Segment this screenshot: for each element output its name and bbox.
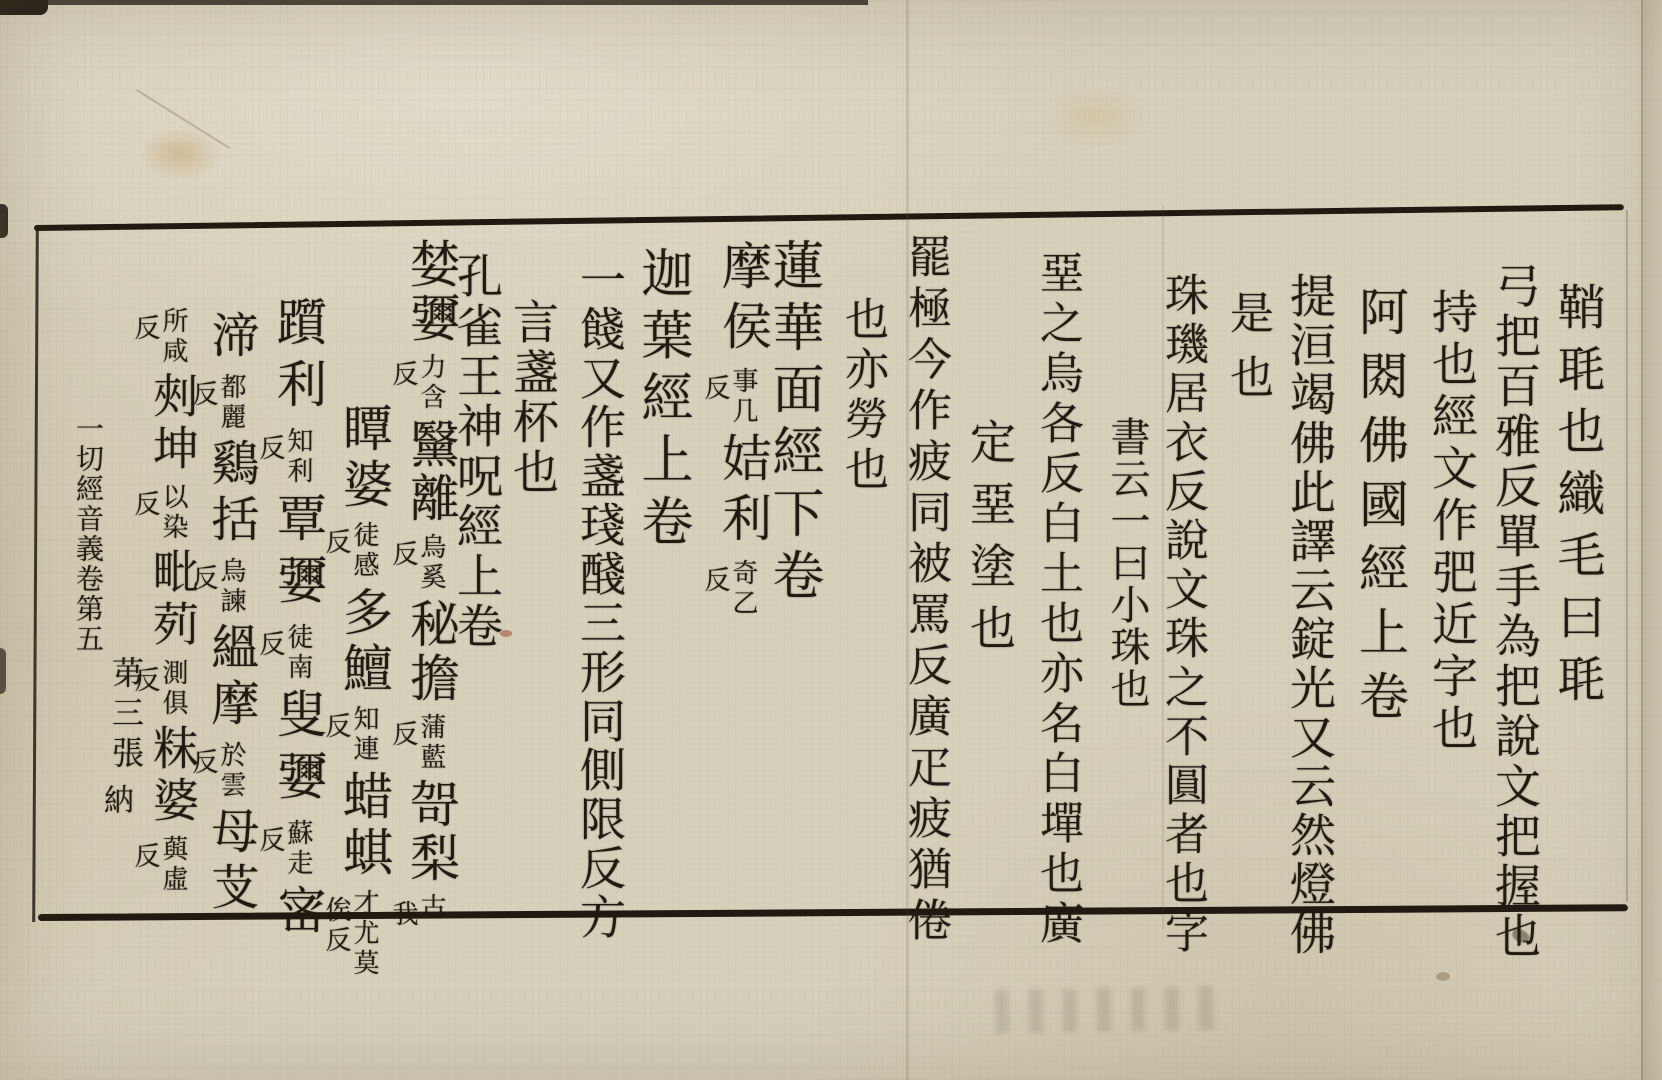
colophon-sheet-number: 苐三張: [110, 656, 142, 776]
fanqie-annotation: 才尤莫俟反: [323, 889, 377, 979]
colophon-title: 一切經音義卷第五: [74, 414, 102, 654]
header-kongque-jing: 孔雀王神呪經上卷: [454, 252, 500, 652]
fanqie-left-line: 反: [257, 434, 283, 487]
fanqie-annotation: 事几反: [702, 367, 756, 427]
fanqie-right-line: 所咸: [160, 307, 186, 367]
glyph-run: 苐三張: [107, 656, 145, 776]
glyph-run: 言盞杯也: [506, 298, 560, 498]
fanqie-annotation: 徒南反: [257, 623, 311, 683]
header-jiaye-jing: 迦葉經上卷: [636, 246, 688, 556]
fanqie-right-line: 知連: [351, 705, 377, 765]
entry-e-cont: 定堊塗也: [967, 418, 1013, 666]
fanqie-right-line: 藇虛: [160, 835, 186, 895]
entry-gong-ba-cont: 持也經文作弝近字也: [1429, 288, 1475, 756]
glyph-run: 毗茢: [146, 548, 200, 652]
glyph-run: 宻: [269, 884, 327, 946]
fanqie-annotation: 蘇走反: [257, 819, 311, 879]
fanqie-left-line: 我: [390, 900, 416, 930]
fanqie-left-line: 反: [132, 842, 158, 895]
fanqie-annotation: 徒感反: [323, 521, 377, 581]
glyph-run: 珠璣居衣反說文珠之不圓者也字: [1157, 272, 1208, 958]
entry-ci-kun: 所咸反㓨坤以染反毗茢測俱反粖婆藇虛反: [132, 300, 196, 900]
glyph-run: 迦葉經上卷: [632, 246, 692, 556]
fanqie-right-line: 烏諫: [218, 557, 244, 617]
glyph-run: 提洹竭佛此譯云錠光又云然燈佛: [1283, 272, 1337, 958]
glyph-run: 鷄括: [203, 438, 259, 550]
glyph-run: 蓮華面經下卷: [763, 238, 823, 610]
fanqie-left-line: 反: [132, 490, 158, 543]
glyph-run: 是也: [1222, 290, 1273, 418]
glyph-run: 持也經文作弝近字也: [1425, 288, 1479, 756]
fanqie-annotation: 奇乙反: [702, 559, 756, 619]
fanqie-right-line: 都麗: [218, 373, 244, 433]
fanqie-left-line: 反: [390, 540, 416, 593]
fanqie-annotation: 以染反: [132, 483, 186, 543]
entry-shen-po: 瞫婆徒感反多鱣知連反蜡蜞才尤莫俟反: [323, 402, 389, 984]
colophon-collation-mark: 納: [100, 784, 130, 816]
entry-zhuji: 珠璣居衣反說文珠之不圓者也字: [1160, 272, 1204, 958]
glyph-run: 堊之烏各反白土也亦名白墠也廣: [1032, 250, 1083, 950]
text-block: 鞘毦也織毛曰毦弓把百雅反單手為把說文把握也持也經文作弝近字也阿閦佛國經上卷提洹竭…: [0, 0, 1662, 1080]
fanqie-right-line: 於雲: [218, 741, 244, 801]
fanqie-left-line: 反: [257, 826, 283, 879]
fanqie-right-line: 測俱: [160, 659, 186, 719]
fanqie-annotation: 藇虛反: [132, 835, 186, 895]
fanqie-right-line: 事几: [730, 367, 756, 427]
entry-tihuanjie: 提洹竭佛此譯云錠光又云然燈佛: [1287, 272, 1333, 958]
entry-tihuanjie-cont: 是也: [1225, 290, 1269, 418]
entry-e: 堊之烏各反白土也亦名白墠也廣: [1035, 250, 1079, 950]
entry-zhuji-cont: 書云一曰小珠也: [1107, 416, 1147, 710]
fanqie-annotation: 知連反: [323, 705, 377, 765]
glyph-run: 婪㜷: [402, 238, 460, 346]
glyph-run: 粖婆: [146, 724, 200, 828]
glyph-run: 叟㜷: [269, 688, 327, 812]
fanqie-right-line: 烏奚: [418, 533, 444, 593]
glyph-run: 罷極今作疲同被罵反廣疋疲猶倦: [900, 234, 951, 948]
fanqie-left-line: 反: [390, 720, 416, 773]
fanqie-right-line: 古: [418, 893, 444, 930]
glyph-run: 母芆: [203, 806, 259, 918]
glyph-run: 鞘毦也織毛曰毦: [1549, 282, 1605, 716]
fanqie-left-line: 反: [702, 566, 728, 619]
glyph-run: 哿梨: [402, 778, 460, 886]
glyph-run: 瞫婆: [335, 402, 393, 514]
fanqie-left-line: 反: [257, 630, 283, 683]
manuscript-scan: 鞘毦也織毛曰毦弓把百雅反單手為把說文把握也持也經文作弝近字也阿閦佛國經上卷提洹竭…: [0, 0, 1662, 1080]
fanqie-right-line: 徒南: [285, 623, 311, 683]
fanqie-right-line: 奇乙: [730, 559, 756, 619]
fanqie-annotation: 知利反: [257, 427, 311, 487]
fanqie-annotation: 力含反: [390, 353, 444, 413]
fanqie-annotation: 烏奚反: [390, 533, 444, 593]
glyph-run: 一餞又作盞琖醆三形同側限反方: [573, 256, 627, 942]
glyph-run: 黳離: [402, 418, 460, 526]
fanqie-left-line: 反: [390, 360, 416, 413]
entry-piji: 罷極今作疲同被罵反廣疋疲猶倦: [903, 234, 947, 948]
glyph-run: 摩侯: [714, 240, 772, 360]
fanqie-annotation: 古我: [390, 893, 444, 930]
entry-gong-ba: 弓把百雅反單手為把說文把握也: [1492, 262, 1538, 962]
glyph-run: 覃㜷: [269, 492, 327, 616]
glyph-run: 阿閦佛國經上卷: [1351, 286, 1409, 734]
entry-yizhan-cont: 言盞杯也: [510, 298, 556, 498]
entry-lan-mi: 婪㜷力含反黳離烏奚反秘擔蒲藍反哿梨古我: [390, 238, 456, 935]
entry-piji-cont: 也亦勞也: [840, 296, 884, 496]
fanqie-annotation: 所咸反: [132, 307, 186, 367]
glyph-run: 也亦勞也: [837, 296, 888, 496]
glyph-run: 定堊塗也: [963, 418, 1017, 666]
fanqie-left-line: 反: [702, 374, 728, 427]
glyph-run: 蜡蜞: [335, 770, 393, 882]
glyph-run: 書云一曰小珠也: [1104, 416, 1150, 710]
glyph-run: 納: [98, 784, 133, 816]
header-achu-foguo-jing: 阿閦佛國經上卷: [1355, 286, 1405, 734]
fanqie-right-line: 以染: [160, 483, 186, 543]
fanqie-annotation: 蒲藍反: [390, 713, 444, 773]
entry-shao-er: 鞘毦也織毛曰毦: [1553, 282, 1601, 716]
entry-mohou-jili: 摩侯事几反姞利奇乙反: [702, 240, 768, 624]
entry-yizhan: 一餞又作盞琖醆三形同側限反方: [577, 256, 623, 942]
fanqie-right-line: 蒲藍: [418, 713, 444, 773]
glyph-run: 多鱣: [335, 586, 393, 698]
fanqie-right-line: 知利: [285, 427, 311, 487]
glyph-run: 姞利: [714, 432, 772, 552]
entry-zhi-li: 躓利知利反覃㜷徒南反叟㜷蘇走反宻: [257, 296, 323, 946]
glyph-run: 渧: [203, 310, 259, 366]
glyph-run: 弓把百雅反單手為把說文把握也: [1488, 262, 1542, 962]
glyph-run: 躓利: [269, 296, 327, 420]
fanqie-right-line: 蘇走: [285, 819, 311, 879]
fanqie-right-line: 力含: [418, 353, 444, 413]
fanqie-left-line: 反: [132, 314, 158, 367]
fanqie-right-line: 徒感: [351, 521, 377, 581]
glyph-run: 㓨坤: [146, 372, 200, 476]
header-lianhuamian-jing: 蓮華面經下卷: [767, 238, 819, 610]
glyph-run: 秘擔: [402, 598, 460, 706]
glyph-run: 縕摩: [203, 622, 259, 734]
glyph-run: 一切經音義卷第五: [72, 414, 105, 654]
fanqie-right-line: 才尤莫: [351, 889, 377, 979]
